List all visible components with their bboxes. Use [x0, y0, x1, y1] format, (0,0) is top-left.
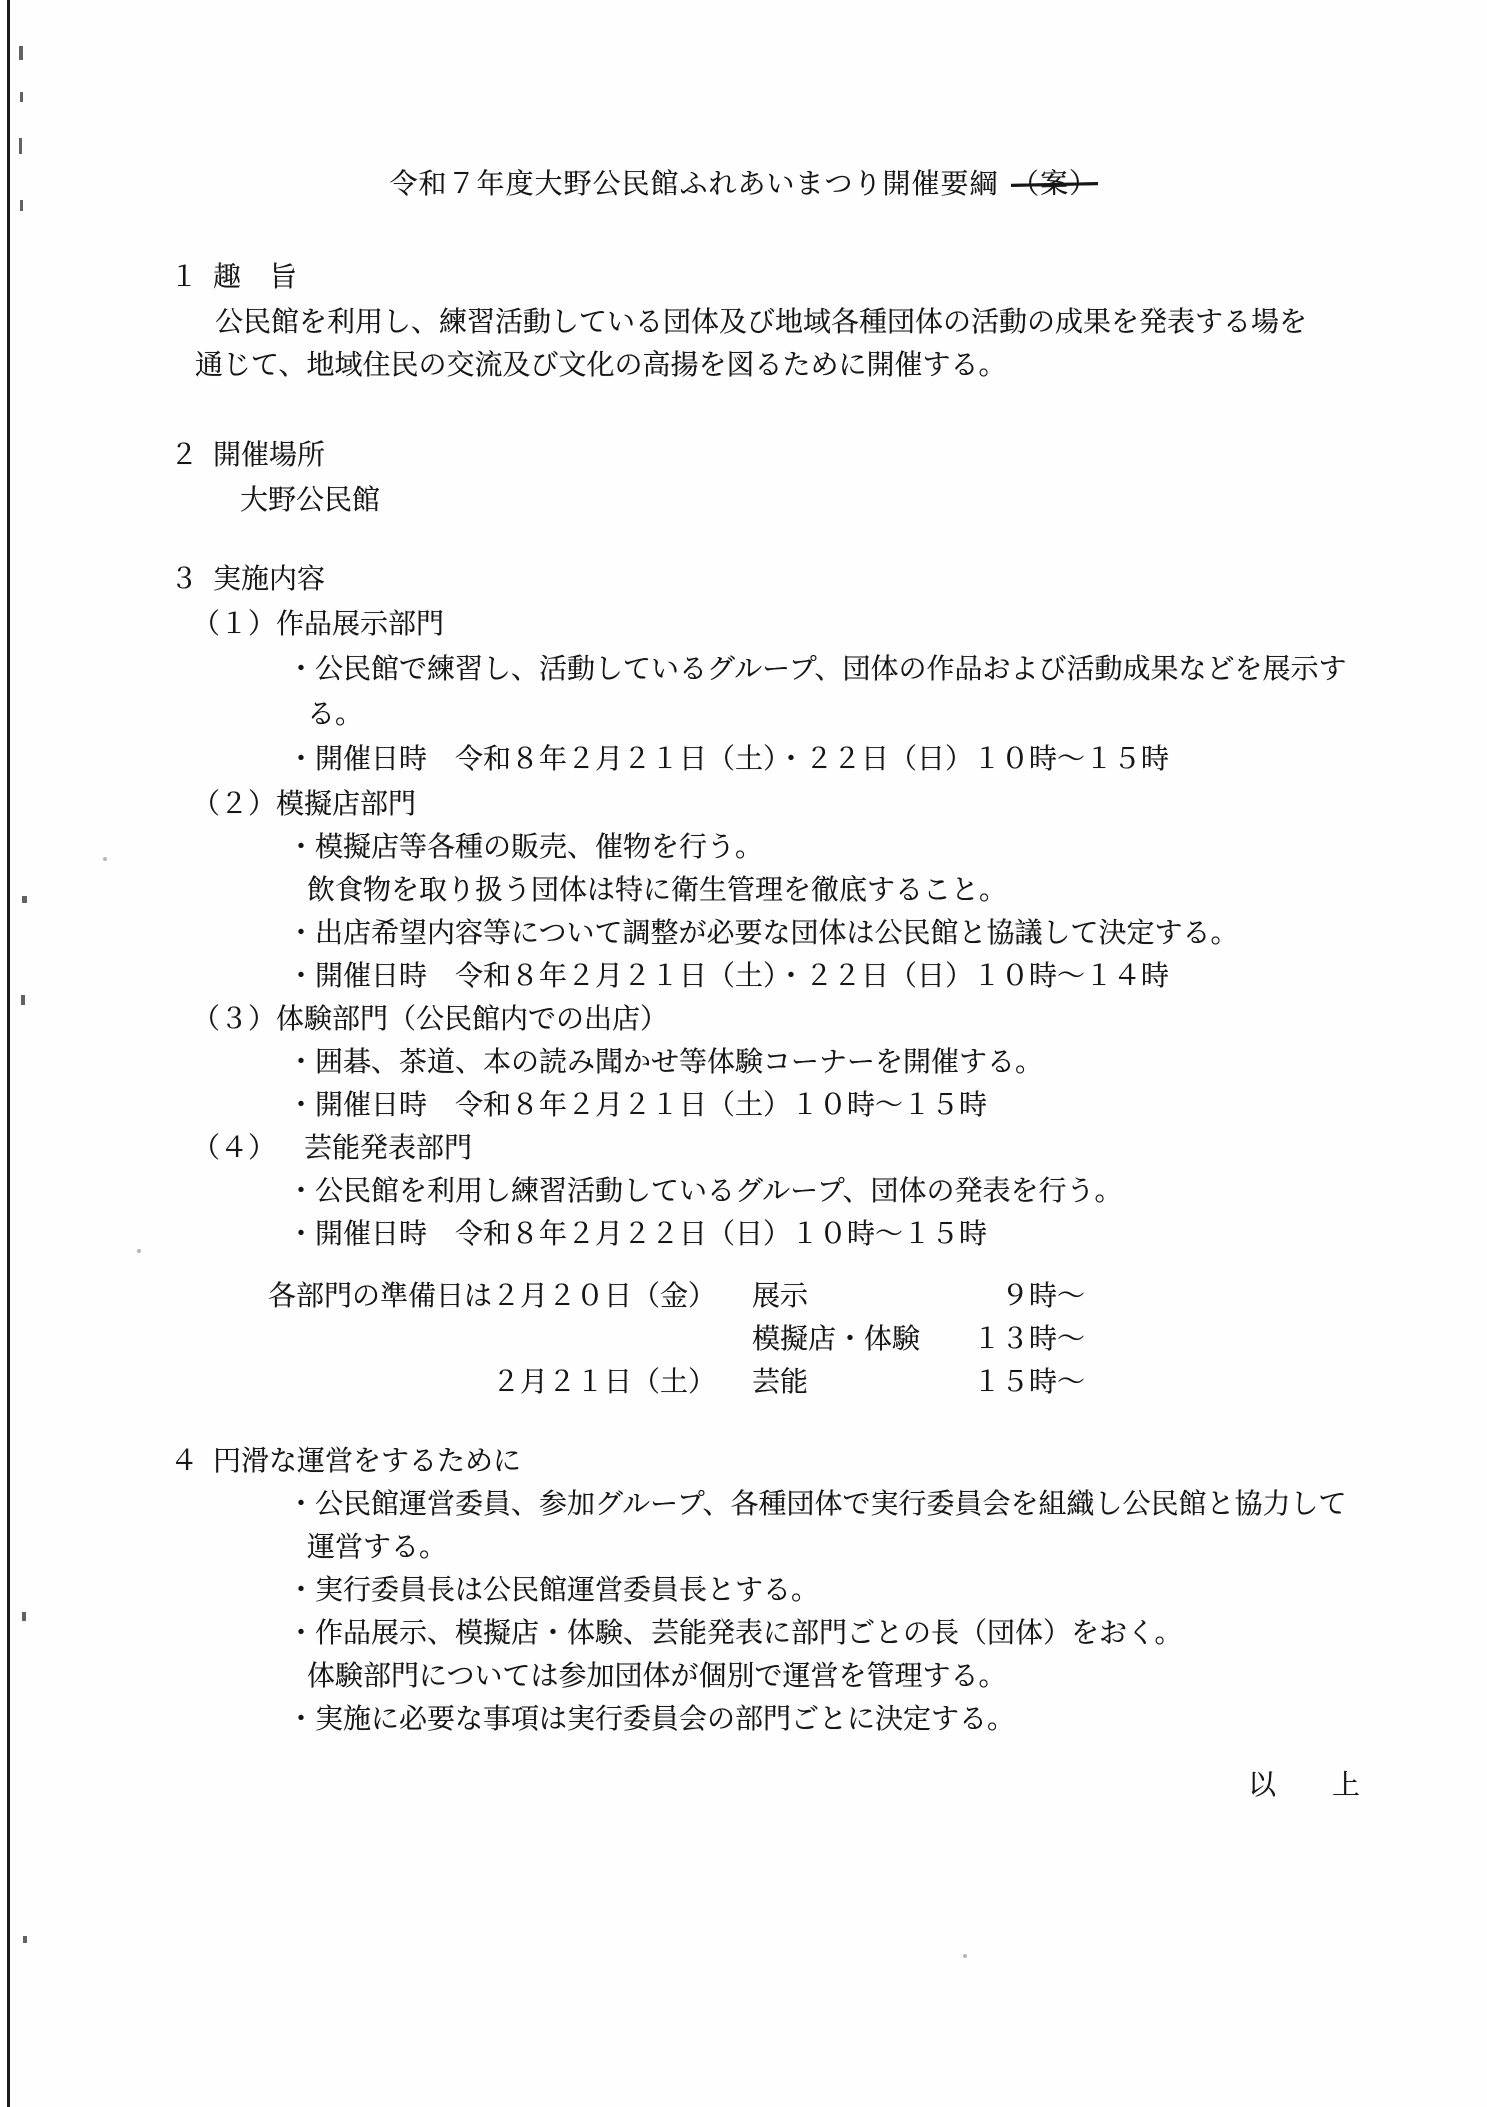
schedule-date [170, 1317, 716, 1360]
bullet-text: 開催日時 令和８年２月２２日（日）１０時～１５時 [315, 1217, 987, 1250]
section2-heading-line: ２開催場所 [170, 433, 1487, 476]
subsection2-bullet3: ・開催日時 令和８年２月２１日（土）・２２日（日）１０時～１４時 [287, 954, 1487, 997]
section4-heading: 円滑な運営をするために [213, 1444, 521, 1477]
bullet-marker: ・ [287, 911, 315, 954]
subsection3-heading-line: （３）体験部門（公民館内での出店） [192, 997, 1487, 1040]
title-draft-strikethrough: （案） [1010, 161, 1098, 206]
bullet-text: 模擬店等各種の販売、催物を行う。 [315, 830, 763, 863]
bullet-marker: ・ [287, 954, 315, 997]
schedule-time: １３時～ [966, 1317, 1085, 1360]
bullet-text: 実行委員長は公民館運営委員長とする。 [315, 1573, 819, 1606]
preparation-schedule-row: ２月２１日（土）芸能１５時～ [170, 1360, 1487, 1403]
bullet-text: 公民館を利用し練習活動しているグループ、団体の発表を行う。 [315, 1174, 1123, 1207]
subsection2-bullet1-line2: 飲食物を取り扱う団体は特に衛生管理を徹底すること。 [307, 868, 1487, 911]
schedule-category: 芸能 [752, 1360, 966, 1403]
schedule-category: 展示 [752, 1274, 966, 1317]
subsection1-bullet1-line2: る。 [307, 692, 1487, 735]
section1-body-line2: 通じて、地域住民の交流及び文化の高揚を図るために開催する。 [195, 343, 1487, 386]
section4-number: ４ [170, 1439, 213, 1482]
subsection3-title: 体験部門（公民館内での出店） [276, 1002, 668, 1035]
preparation-schedule-row: 各部門の準備日は２月２０日（金）展示９時～ [170, 1274, 1487, 1317]
schedule-time: ９時～ [966, 1274, 1085, 1317]
schedule-time: １５時～ [966, 1360, 1085, 1403]
bullet-text: 開催日時 令和８年２月２１日（土）１０時～１５時 [315, 1088, 987, 1121]
section4-bullet3-line2: 体験部門については参加団体が個別で運営を管理する。 [307, 1654, 1487, 1697]
section3-number: ３ [170, 557, 213, 600]
subsection4-heading-line: （４）芸能発表部門 [192, 1126, 1487, 1169]
subsection3-label: （３） [192, 997, 276, 1040]
subsection2-title: 模擬店部門 [276, 787, 416, 820]
bullet-text: 公民館で練習し、活動しているグループ、団体の作品および活動成果などを展示す [315, 652, 1347, 685]
subsection4-label: （４） [192, 1126, 276, 1169]
subsection3-bullet1: ・囲碁、茶道、本の読み聞かせ等体験コーナーを開催する。 [287, 1040, 1487, 1083]
section4-bullet1-line1: ・公民館運営委員、参加グループ、各種団体で実行委員会を組織し公民館と協力して [287, 1482, 1487, 1525]
bullet-text: 出店希望内容等について調整が必要な団体は公民館と協議して決定する。 [315, 916, 1238, 949]
subsection4-bullet1: ・公民館を利用し練習活動しているグループ、団体の発表を行う。 [287, 1169, 1487, 1212]
subsection4-bullet2: ・開催日時 令和８年２月２２日（日）１０時～１５時 [287, 1212, 1487, 1255]
document-content: 令和７年度大野公民館ふれあいまつり開催要綱（案） １趣 旨 公民館を利用し、練習… [0, 0, 1487, 1806]
bullet-text: 囲碁、茶道、本の読み聞かせ等体験コーナーを開催する。 [315, 1045, 1043, 1078]
bullet-marker: ・ [287, 1482, 315, 1525]
section1-body-line1: 公民館を利用し、練習活動している団体及び地域各種団体の活動の成果を発表する場を [215, 300, 1487, 343]
section3-heading-line: ３実施内容 [170, 557, 1487, 600]
schedule-date: 各部門の準備日は２月２０日（金） [170, 1274, 716, 1317]
section2-venue: 大野公民館 [240, 478, 1487, 521]
bullet-text: 開催日時 令和８年２月２１日（土）・２２日（日）１０時～１４時 [315, 959, 1169, 992]
bullet-text: 実施に必要な事項は実行委員会の部門ごとに決定する。 [315, 1702, 1015, 1735]
bullet-marker: ・ [287, 1169, 315, 1212]
document-title: 令和７年度大野公民館ふれあいまつり開催要綱（案） [0, 162, 1487, 205]
bullet-marker: ・ [287, 1568, 315, 1611]
subsection1-title: 作品展示部門 [276, 607, 444, 640]
bullet-marker: ・ [287, 737, 315, 780]
preparation-schedule-row: 模擬店・体験１３時～ [170, 1317, 1487, 1360]
bullet-text: 公民館運営委員、参加グループ、各種団体で実行委員会を組織し公民館と協力して [315, 1487, 1347, 1520]
schedule-category: 模擬店・体験 [752, 1317, 966, 1360]
subsection2-bullet1-line1: ・模擬店等各種の販売、催物を行う。 [287, 825, 1487, 868]
document-title-text: 令和７年度大野公民館ふれあいまつり開催要綱 [389, 167, 998, 200]
subsection3-bullet2: ・開催日時 令和８年２月２１日（土）１０時～１５時 [287, 1083, 1487, 1126]
bullet-marker: ・ [287, 1697, 315, 1740]
schedule-date: ２月２１日（土） [170, 1360, 716, 1403]
subsection2-bullet2: ・出店希望内容等について調整が必要な団体は公民館と協議して決定する。 [287, 911, 1487, 954]
section4-bullet1-line2: 運営する。 [307, 1525, 1487, 1568]
closing-mark: 以 上 [0, 1763, 1360, 1806]
section1-heading-line: １趣 旨 [170, 255, 1487, 298]
subsection2-heading-line: （２）模擬店部門 [192, 782, 1487, 825]
bullet-marker: ・ [287, 1611, 315, 1654]
bullet-marker: ・ [287, 1040, 315, 1083]
scan-artifact [963, 1954, 967, 1958]
subsection4-title: 芸能発表部門 [304, 1131, 472, 1164]
section4-bullet2: ・実行委員長は公民館運営委員長とする。 [287, 1568, 1487, 1611]
subsection1-bullet2: ・開催日時 令和８年２月２１日（土）・２２日（日）１０時～１５時 [287, 737, 1487, 780]
bullet-marker: ・ [287, 1083, 315, 1126]
bullet-text: 作品展示、模擬店・体験、芸能発表に部門ごとの長（団体）をおく。 [315, 1616, 1182, 1649]
subsection1-label: （１） [192, 602, 276, 645]
bullet-marker: ・ [287, 647, 315, 690]
subsection1-heading-line: （１）作品展示部門 [192, 602, 1487, 645]
section1-number: １ [170, 255, 213, 298]
section4-bullet4: ・実施に必要な事項は実行委員会の部門ごとに決定する。 [287, 1697, 1487, 1740]
subsection2-label: （２） [192, 782, 276, 825]
bullet-marker: ・ [287, 1212, 315, 1255]
section3-heading: 実施内容 [213, 562, 325, 595]
section2-number: ２ [170, 433, 213, 476]
section1-heading: 趣 旨 [213, 260, 297, 293]
scan-artifact [23, 1936, 27, 1943]
document-page: 令和７年度大野公民館ふれあいまつり開催要綱（案） １趣 旨 公民館を利用し、練習… [0, 0, 1487, 2107]
section4-heading-line: ４円滑な運営をするために [170, 1439, 1487, 1482]
bullet-marker: ・ [287, 825, 315, 868]
section4-bullet3-line1: ・作品展示、模擬店・体験、芸能発表に部門ごとの長（団体）をおく。 [287, 1611, 1487, 1654]
bullet-text: 開催日時 令和８年２月２１日（土）・２２日（日）１０時～１５時 [315, 742, 1169, 775]
subsection1-bullet1-line1: ・公民館で練習し、活動しているグループ、団体の作品および活動成果などを展示す [287, 647, 1487, 690]
section2-heading: 開催場所 [213, 438, 325, 471]
